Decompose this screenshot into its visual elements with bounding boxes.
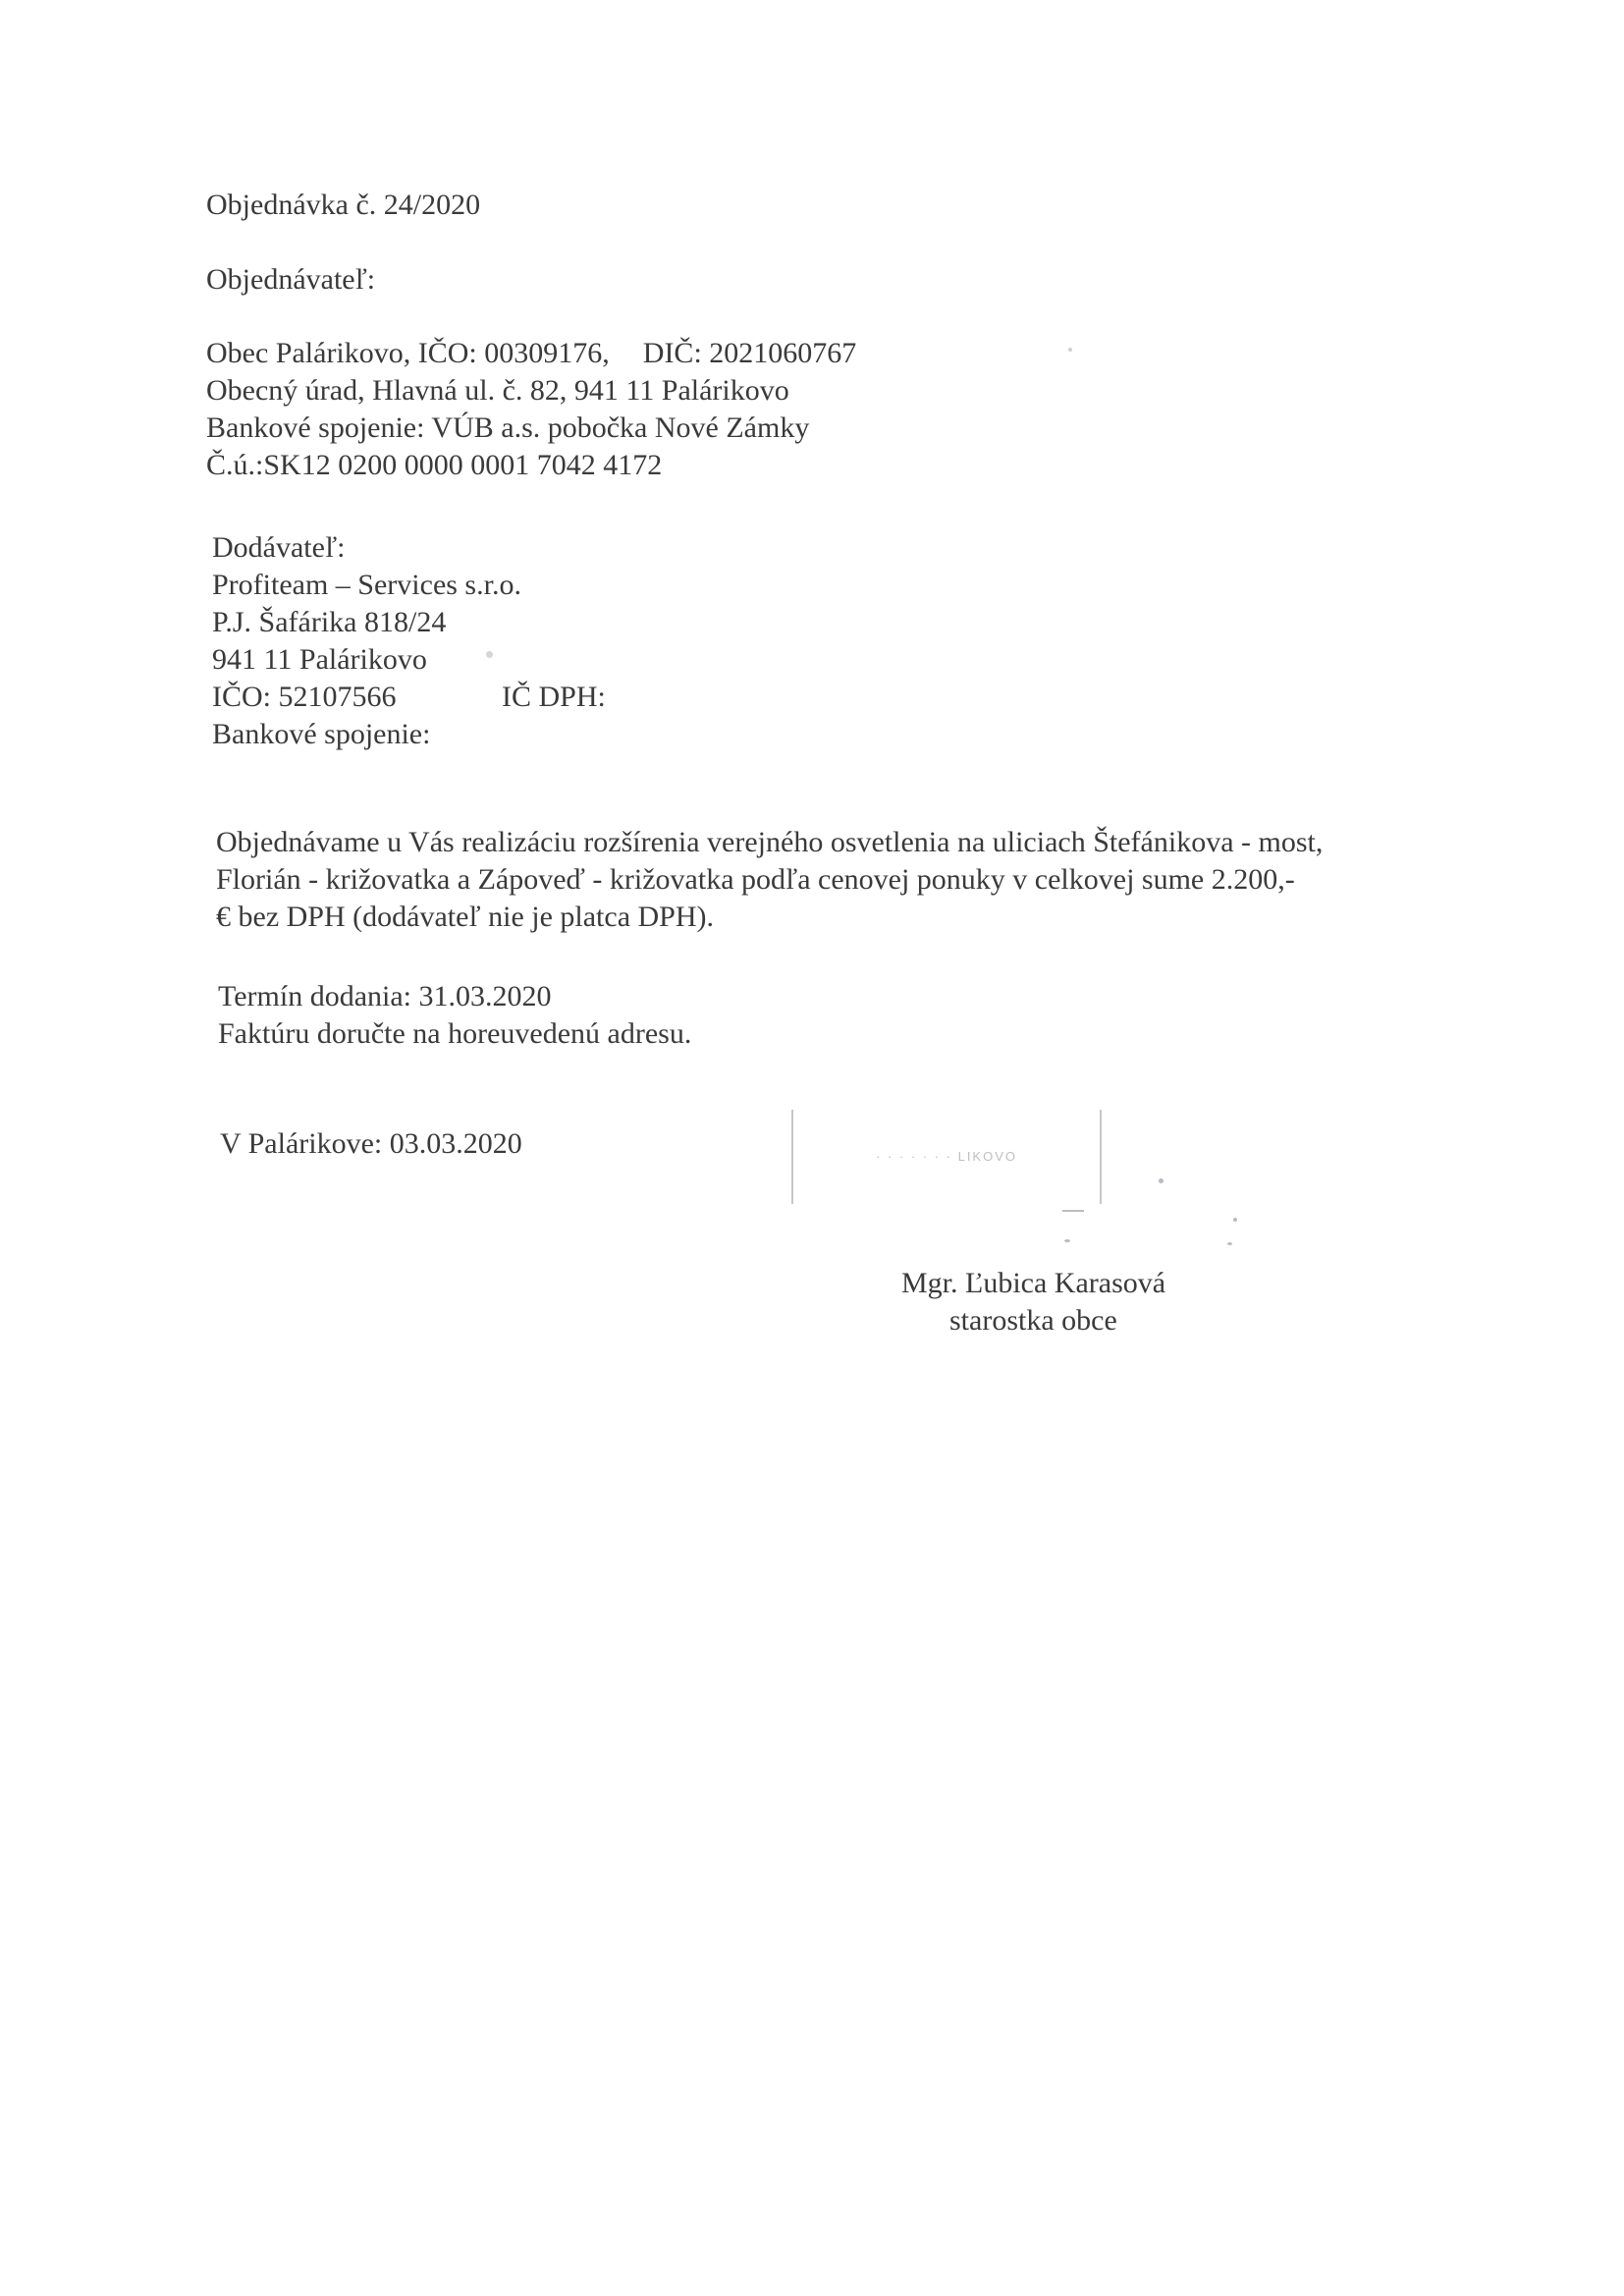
order-document: Objednávka č. 24/2020 Objednávateľ: Obec…: [0, 0, 1624, 2296]
order-text-line-1: Objednávame u Vás realizáciu rozšírenia …: [216, 828, 1323, 857]
supplier-ic-dph: IČ DPH:: [502, 683, 606, 712]
supplier-street: P.J. Šafárika 818/24: [212, 608, 446, 637]
orderer-identity: Obec Palárikovo, IČO: 00309176,DIČ: 2021…: [206, 339, 856, 368]
supplier-ico: IČO: 52107566: [212, 683, 397, 712]
supplier-name: Profiteam – Services s.r.o.: [212, 571, 521, 600]
supplier-bank: Bankové spojenie:: [212, 720, 430, 749]
scan-speck: [486, 651, 493, 658]
ink-dot: [1233, 1218, 1237, 1222]
place-and-date: V Palárikove: 03.03.2020: [220, 1129, 522, 1159]
stamp-mark: [1062, 1210, 1084, 1212]
ink-dot: [1064, 1239, 1070, 1242]
orderer-account: Č.ú.:SK12 0200 0000 0001 7042 4172: [206, 451, 662, 480]
orderer-address: Obecný úrad, Hlavná ul. č. 82, 941 11 Pa…: [206, 376, 789, 406]
ink-dot: [1159, 1178, 1164, 1183]
order-text-line-3: € bez DPH (dodávateľ nie je platca DPH).: [216, 902, 714, 932]
document-title: Objednávka č. 24/2020: [206, 191, 480, 220]
invoice-instruction: Faktúru doručte na horeuvedenú adresu.: [218, 1019, 691, 1049]
orderer-bank: Bankové spojenie: VÚB a.s. pobočka Nové …: [206, 413, 809, 443]
signatory-role: starostka obce: [949, 1306, 1117, 1336]
orderer-dic: DIČ: 2021060767: [643, 337, 857, 369]
ink-dot: [1227, 1242, 1232, 1245]
orderer-heading: Objednávateľ:: [206, 265, 375, 295]
supplier-heading: Dodávateľ:: [212, 533, 345, 563]
signatory-name: Mgr. Ľubica Karasová: [901, 1269, 1165, 1298]
stamp-text: · · · · · · · LIKOVO: [793, 1149, 1100, 1164]
scan-speck: [1068, 348, 1072, 352]
orderer-name-ico: Obec Palárikovo, IČO: 00309176,: [206, 337, 610, 369]
order-text-line-2: Florián - križovatka a Zápoveď - križova…: [216, 865, 1295, 895]
supplier-city: 941 11 Palárikovo: [212, 645, 427, 675]
delivery-term: Termín dodania: 31.03.2020: [218, 982, 552, 1011]
official-stamp: · · · · · · · LIKOVO: [791, 1110, 1102, 1204]
